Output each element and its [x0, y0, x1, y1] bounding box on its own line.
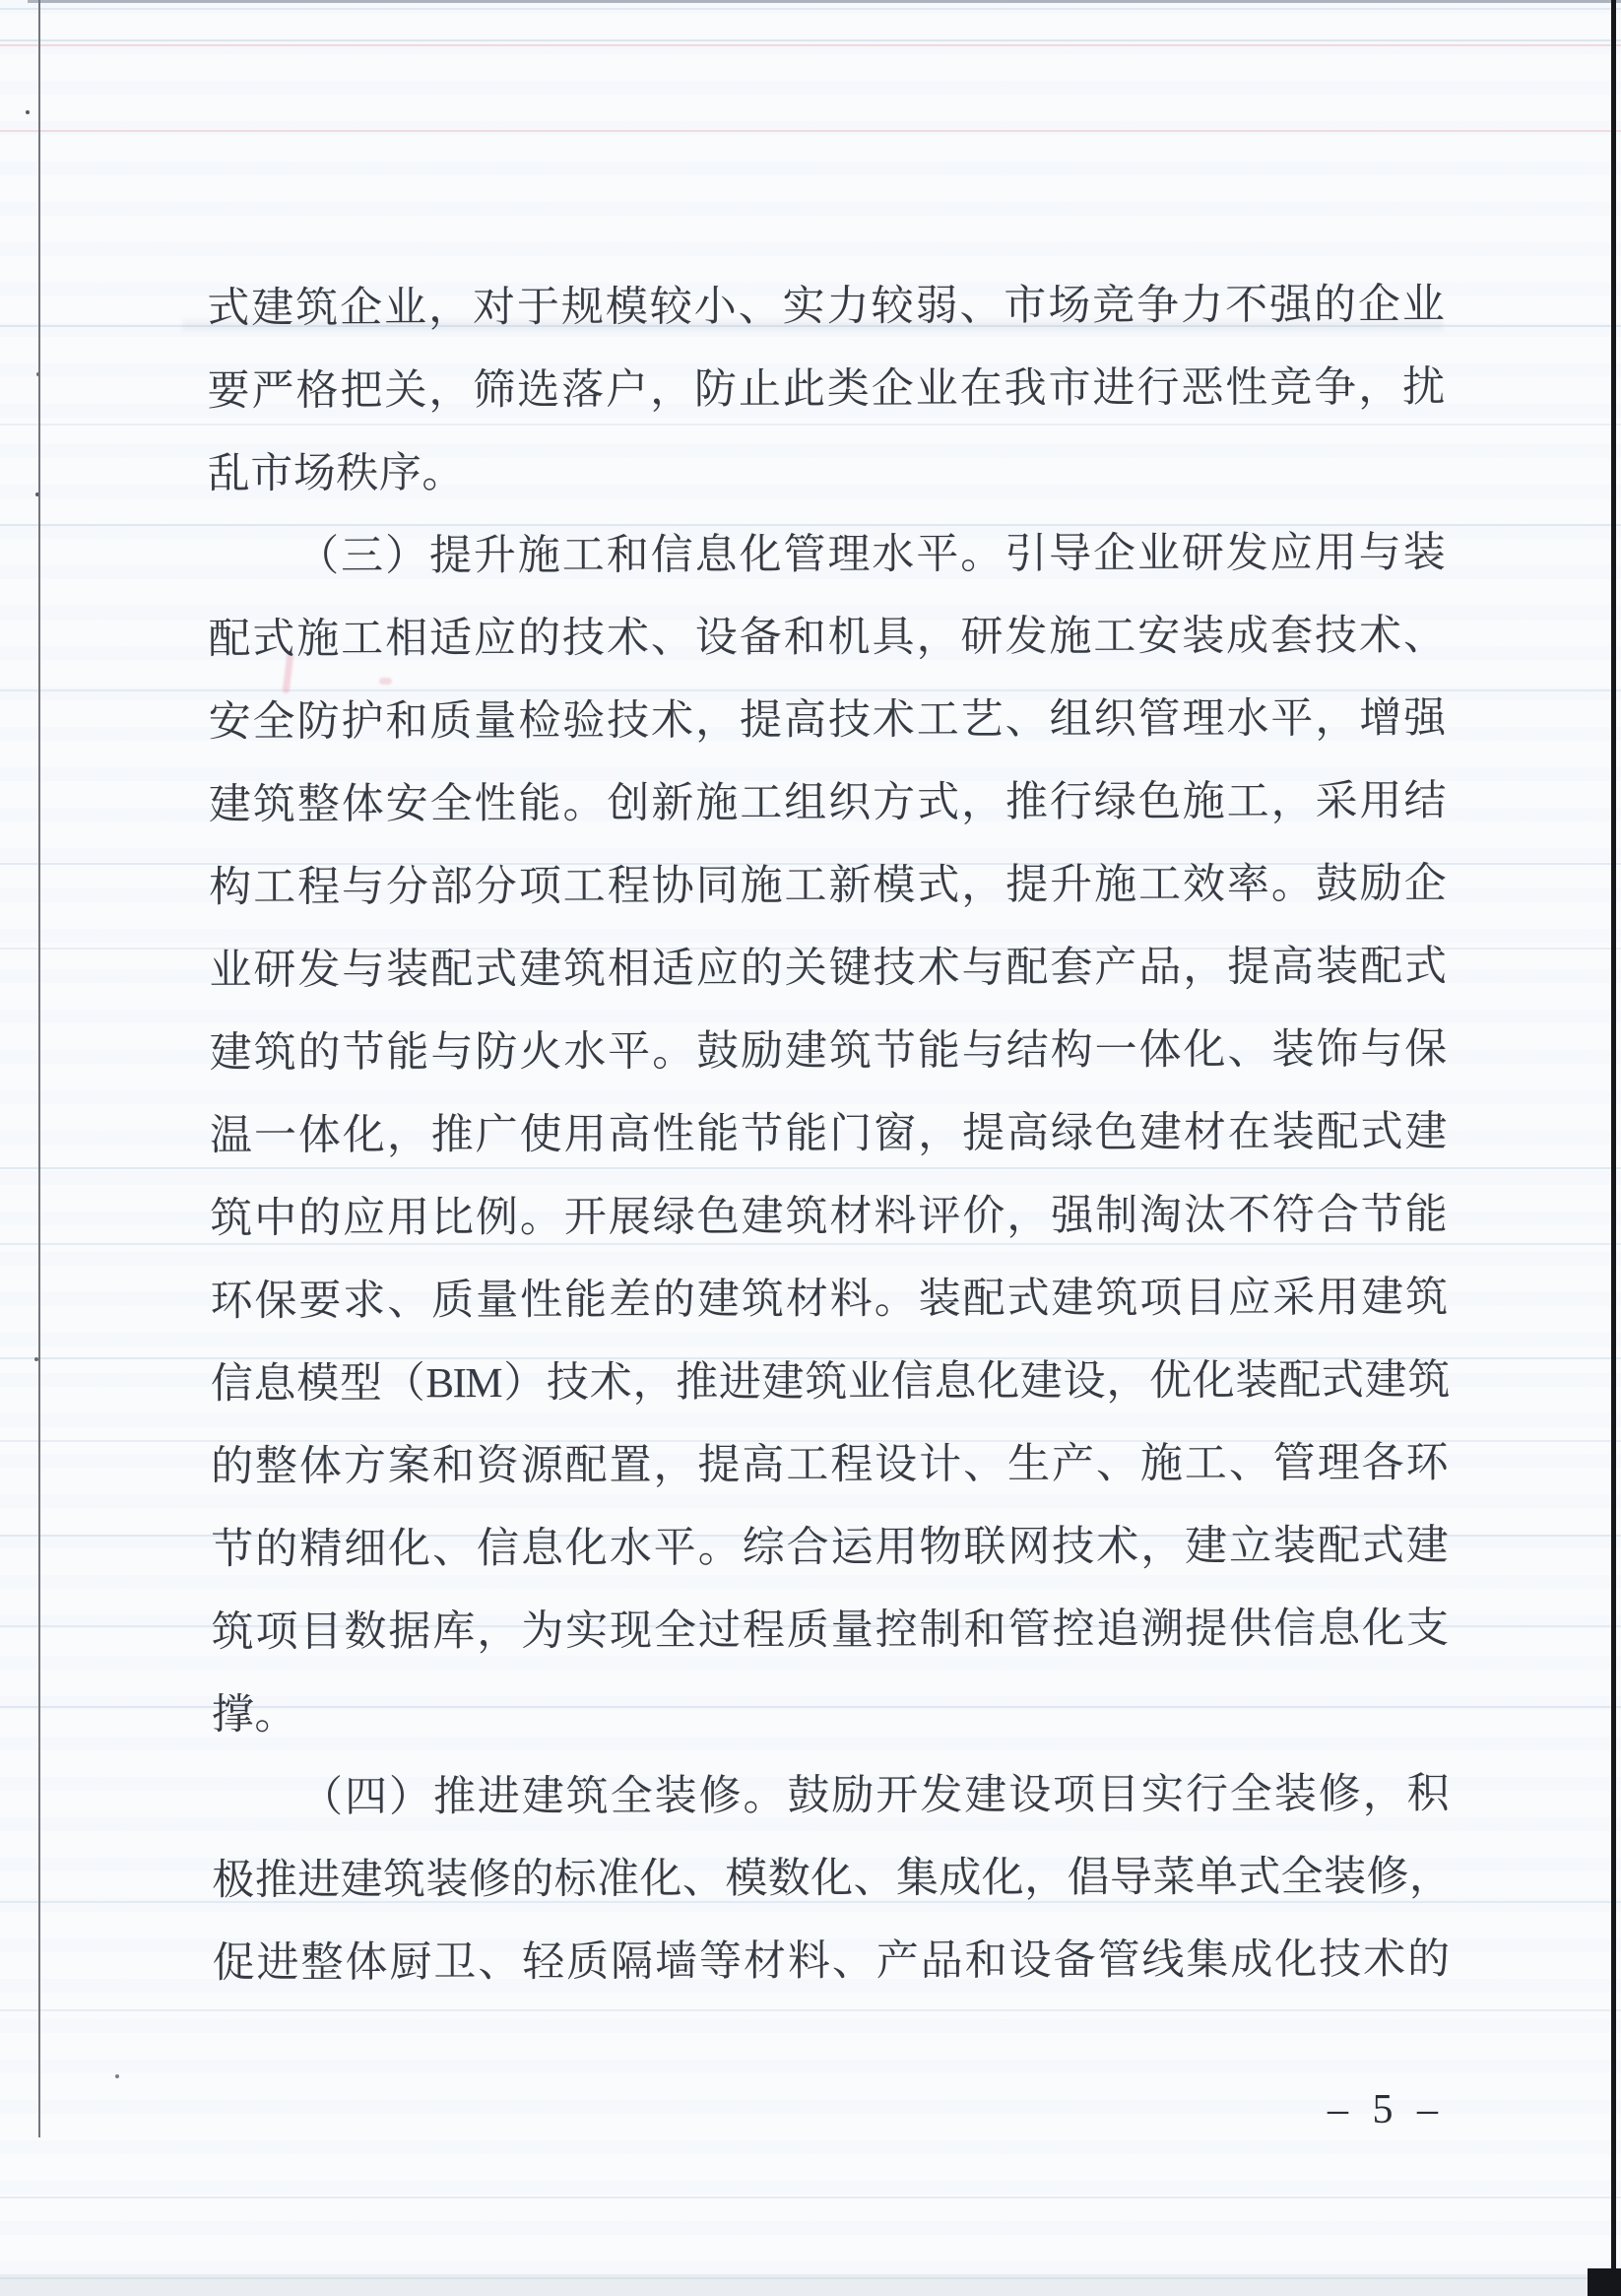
- page-number: – 5 –: [1320, 2086, 1453, 2133]
- text-line: 式建筑企业，对于规模较小、实力较弱、市场竞争力不强的企业: [207, 264, 1445, 351]
- document-body: 式建筑企业，对于规模较小、实力较弱、市场竞争力不强的企业 要严格把关，筛选落户，…: [207, 264, 1451, 2005]
- scan-right-edge: [1611, 0, 1616, 2296]
- scan-bottom-band: [0, 2274, 1621, 2296]
- text-line: 配式施工相适应的技术、设备和机具，研发施工安装成套技术、: [208, 595, 1446, 682]
- scan-speck: [26, 110, 30, 114]
- text-line: 业研发与装配式建筑相适应的关键技术与配套产品，提高装配式: [209, 926, 1447, 1013]
- scan-streak: [0, 2009, 1621, 2011]
- paragraph-end-line: 撑。: [212, 1671, 1450, 1757]
- text-line: 筑项目数据库，为实现全过程质量控制和管控追溯提供信息化支: [211, 1588, 1449, 1674]
- scan-streak: [0, 2197, 1621, 2198]
- text-line: 环保要求、质量性能差的建筑材料。装配式建筑项目应采用建筑: [210, 1257, 1448, 1344]
- text-line: 安全防护和质量检验技术，提高技术工艺、组织管理水平，增强: [209, 678, 1447, 764]
- text-line: 促进整体厨卫、轻质隔墙等材料、产品和设备管线集成化技术的: [213, 1919, 1451, 2005]
- scan-left-line: [38, 0, 40, 2137]
- scan-streak: [0, 130, 1621, 132]
- scan-speck: [115, 2074, 119, 2078]
- text-line: 节的精细化、信息化水平。综合运用物联网技术，建立装配式建: [211, 1505, 1449, 1592]
- text-line: 要严格把关，筛选落户，防止此类企业在我市进行恶性竞争，扰: [207, 347, 1445, 433]
- text-line: 建筑的节能与防火水平。鼓励建筑节能与结构一体化、装饰与保: [210, 1009, 1448, 1095]
- text-line: 建筑整体安全性能。创新施工组织方式，推行绿色施工，采用结: [209, 760, 1447, 847]
- section-heading-line: （四）推进建筑全装修。鼓励开发建设项目实行全装修，积: [212, 1753, 1450, 1840]
- scan-streak: [0, 8, 1621, 10]
- scanned-document-page: { "page": { "lines": [ "式建筑企业，对于规模较小、实力较…: [0, 0, 1621, 2296]
- paragraph-end-line: 乱市场秩序。: [208, 429, 1446, 516]
- scan-top-edge: [28, 0, 1621, 3]
- scan-corner-mark: [1588, 2268, 1621, 2296]
- text-line: 构工程与分部分项工程协同施工新模式，提升施工效率。鼓励企: [209, 843, 1447, 930]
- scan-streak: [0, 39, 1621, 41]
- text-line: 筑中的应用比例。开展绿色建筑材料评价，强制淘汰不符合节能: [210, 1174, 1448, 1261]
- text-line: 信息模型（BIM）技术，推进建筑业信息化建设，优化装配式建筑: [211, 1340, 1449, 1426]
- section-heading-line: （三）提升施工和信息化管理水平。引导企业研发应用与装: [208, 512, 1446, 599]
- scan-streak: [0, 44, 1621, 46]
- text-line: 温一体化，推广使用高性能节能门窗，提高绿色建材在装配式建: [210, 1091, 1448, 1178]
- text-line: 的整体方案和资源配置，提高工程设计、生产、施工、管理各环: [211, 1422, 1449, 1509]
- text-line: 极推进建筑装修的标准化、模数化、集成化，倡导菜单式全装修，: [212, 1836, 1450, 1923]
